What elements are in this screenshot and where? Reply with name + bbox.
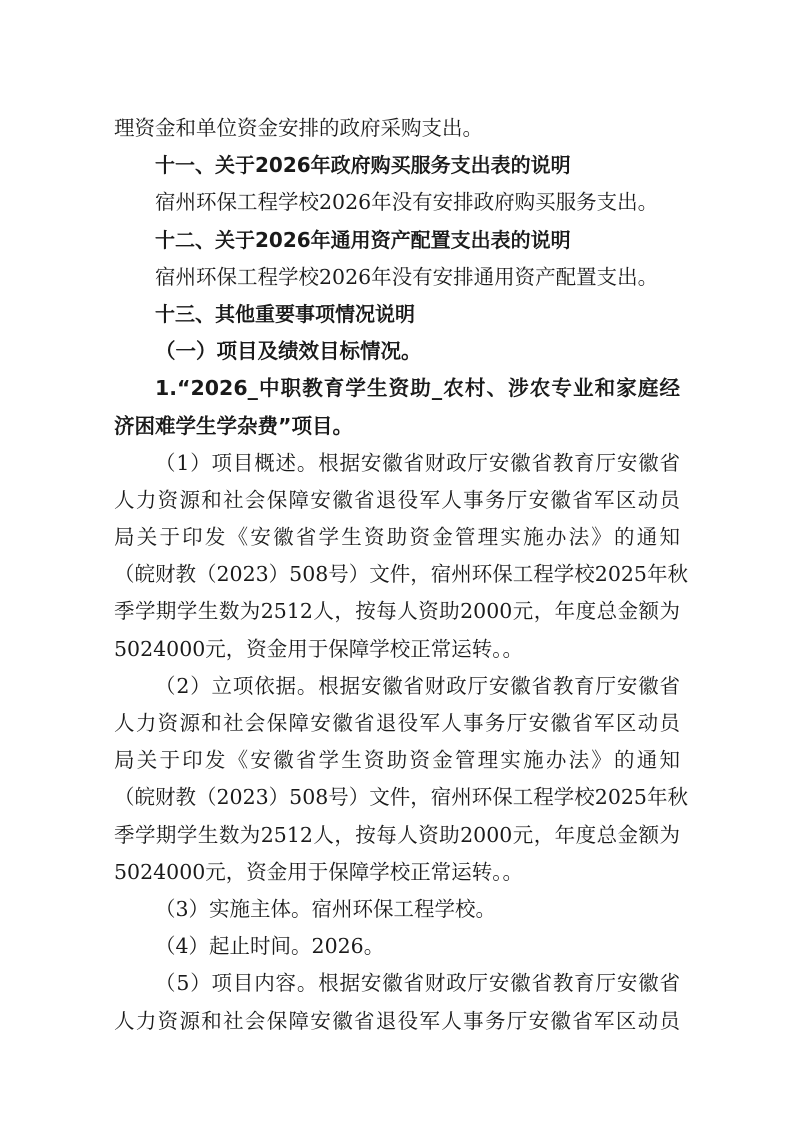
body-text-line: 局关于印发《安徽省学生资助资金管理实施办法》的通知 <box>114 519 680 556</box>
paragraph-duration: （4）起止时间。2026。 <box>114 928 680 965</box>
paragraph-basis: （2）立项依据。根据安徽省财政厅安徽省教育厅安徽省 <box>114 668 680 705</box>
body-text-line: （皖财教（2023）508号）文件，宿州环保工程学校2025年秋 <box>114 556 680 593</box>
subsection-heading: （一）项目及绩效目标情况。 <box>114 333 680 370</box>
section-heading-11: 十一、关于2026年政府购买服务支出表的说明 <box>114 147 680 184</box>
project-title-line: 济困难学生学杂费”项目。 <box>114 408 680 445</box>
body-text-line: 理资金和单位资金安排的政府采购支出。 <box>114 110 680 147</box>
body-text-line: 5024000元，资金用于保障学校正常运转。。 <box>114 631 680 668</box>
body-text-line: 宿州环保工程学校2026年没有安排政府购买服务支出。 <box>114 184 680 221</box>
body-text-line: 人力资源和社会保障安徽省退役军人事务厅安徽省军区动员 <box>114 1003 680 1040</box>
body-text-line: 人力资源和社会保障安徽省退役军人事务厅安徽省军区动员 <box>114 705 680 742</box>
document-page: 理资金和单位资金安排的政府采购支出。 十一、关于2026年政府购买服务支出表的说… <box>114 110 680 1040</box>
section-heading-12: 十二、关于2026年通用资产配置支出表的说明 <box>114 222 680 259</box>
section-heading-13: 十三、其他重要事项情况说明 <box>114 296 680 333</box>
body-text-line: 宿州环保工程学校2026年没有安排通用资产配置支出。 <box>114 259 680 296</box>
body-text-line: 人力资源和社会保障安徽省退役军人事务厅安徽省军区动员 <box>114 482 680 519</box>
paragraph-overview: （1）项目概述。根据安徽省财政厅安徽省教育厅安徽省 <box>114 445 680 482</box>
body-text-line: 季学期学生数为2512人，按每人资助2000元，年度总金额为 <box>114 593 680 630</box>
body-text-line: 局关于印发《安徽省学生资助资金管理实施办法》的通知 <box>114 742 680 779</box>
body-text-line: 5024000元，资金用于保障学校正常运转。。 <box>114 854 680 891</box>
paragraph-content: （5）项目内容。根据安徽省财政厅安徽省教育厅安徽省 <box>114 965 680 1002</box>
paragraph-implementer: （3）实施主体。宿州环保工程学校。 <box>114 891 680 928</box>
project-title-line: 1.“2026_中职教育学生资助_农村、涉农专业和家庭经 <box>114 370 680 407</box>
body-text-line: （皖财教（2023）508号）文件，宿州环保工程学校2025年秋 <box>114 779 680 816</box>
body-text-line: 季学期学生数为2512人，按每人资助2000元，年度总金额为 <box>114 817 680 854</box>
